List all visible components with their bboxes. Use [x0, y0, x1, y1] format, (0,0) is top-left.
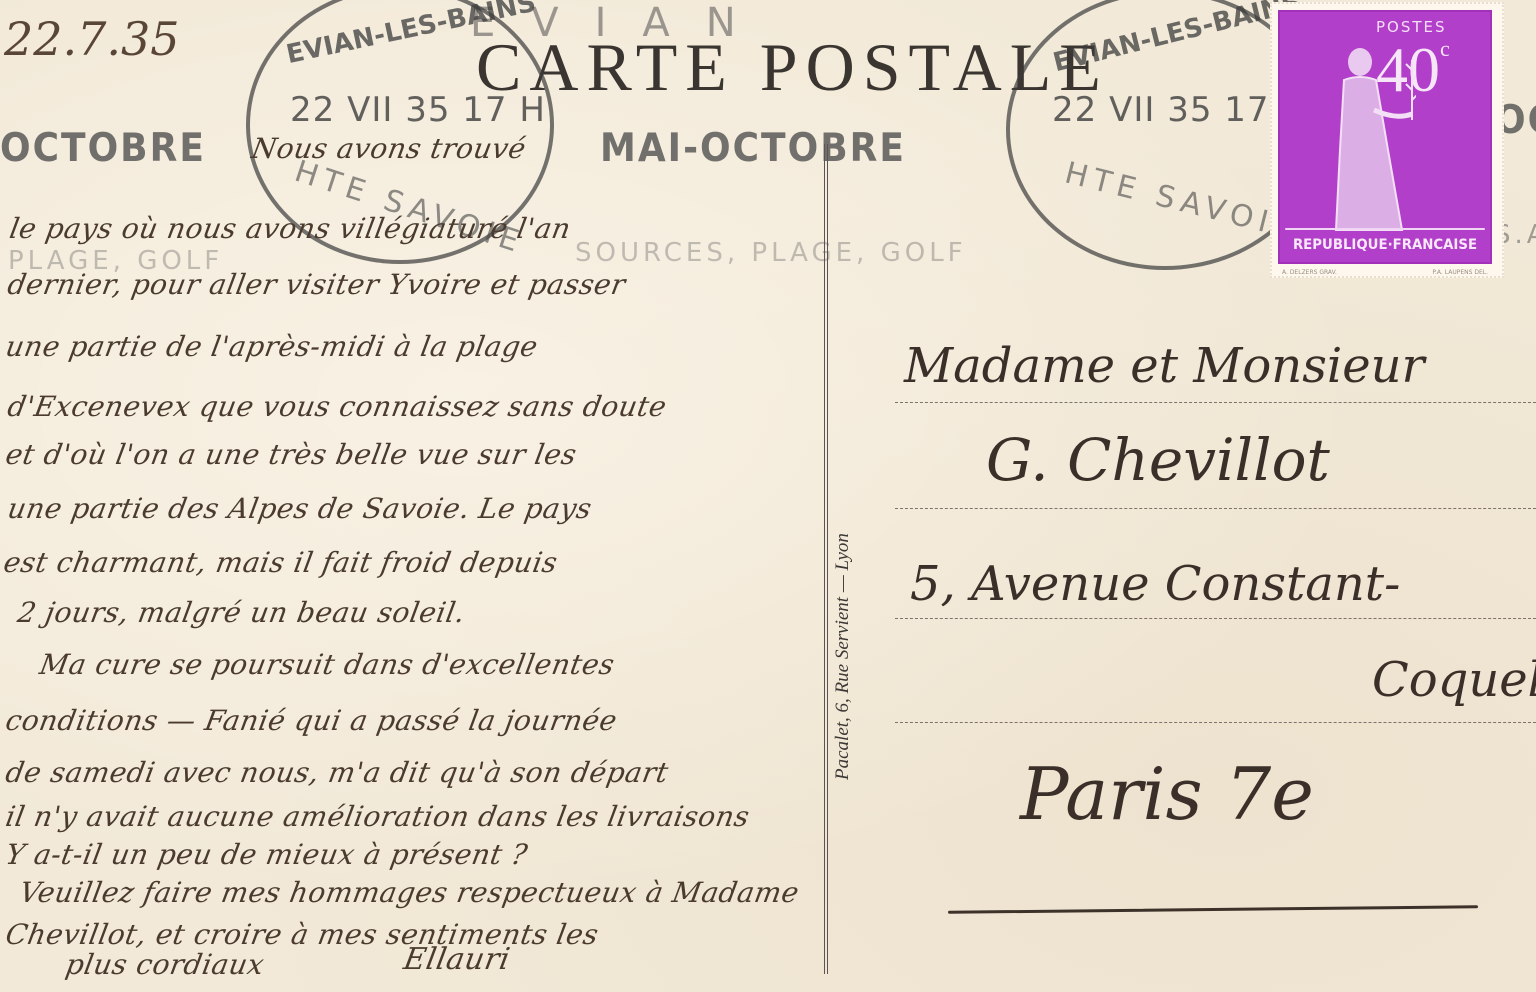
message-line: d'Excenevex que vous connaissez sans dou… — [5, 390, 669, 423]
message-line: de samedi avec nous, m'a dit qu'à son dé… — [3, 756, 671, 789]
stamp-country: REPUBLIQUE·FRANCAISE — [1285, 228, 1485, 262]
address-line-4 — [895, 722, 1536, 723]
recipient-city: Paris 7e — [1020, 752, 1314, 836]
address-line-1 — [895, 402, 1536, 403]
message-line: il n'y avait aucune amélioration dans le… — [3, 800, 752, 833]
recipient-name: G. Chevillot — [986, 426, 1330, 494]
signature: Ellauri — [401, 942, 513, 977]
postmark-dept: HTE SAVOIE — [1061, 156, 1301, 248]
message-line: 2 jours, malgré un beau soleil. — [15, 596, 468, 629]
address-underline — [948, 905, 1478, 914]
message-line: le pays où nous avons villégiaturé l'an — [7, 212, 573, 245]
stamp-designer: P.A. LAUPENS DEL. — [1432, 269, 1488, 276]
address-line-3 — [895, 618, 1536, 619]
message-line: dernier, pour aller visiter Yvoire et pa… — [5, 268, 628, 301]
message-line: plus cordiaux — [63, 948, 267, 981]
message-line: Ma cure se poursuit dans d'excellentes — [37, 648, 617, 681]
handwritten-date: 22.7.35 — [4, 12, 180, 66]
printer-imprint: Pacalet, 6, Rue Servient — Lyon — [832, 80, 862, 780]
address-line-2 — [895, 508, 1536, 509]
message-line: est charmant, mais il fait froid depuis — [1, 546, 560, 579]
recipient-street-cont: Coquelin — [1372, 652, 1536, 708]
postcard-back: EVIAN OCTOBRE MAI-OCTOBRE -MAI-OC PLAGE,… — [0, 0, 1536, 992]
postmark-town: EVIAN-LES-BAINS — [284, 0, 539, 70]
stamp-value-unit: c — [1440, 36, 1450, 61]
message-line: Veuillez faire mes hommages respectueux … — [17, 876, 802, 909]
center-divider — [824, 144, 828, 974]
postmark-town: EVIAN-LES-BAINS — [1050, 0, 1304, 78]
message-line: et d'où l'on a une très belle vue sur le… — [3, 438, 579, 471]
message-line: Nous avons trouvé — [249, 132, 529, 165]
message-line: Y a-t-il un peu de mieux à présent ? — [3, 838, 530, 871]
message-line: une partie de l'après-midi à la plage — [3, 330, 540, 363]
message-line: conditions — Fanié qui a passé la journé… — [3, 704, 620, 737]
stamp-face: POSTES 40c REPUBLIQUE·FRANCAISE — [1278, 10, 1492, 264]
slogan-sub: SOURCES, PLAGE, GOLF — [575, 238, 967, 268]
postmark-date: 22 VII 35 17 H — [290, 90, 546, 130]
stamp-engraver: A. DELZERS GRAV. — [1282, 269, 1337, 276]
recipient-street: 5, Avenue Constant- — [910, 556, 1400, 612]
slogan-months-left: OCTOBRE — [0, 126, 206, 171]
recipient-salutation: Madame et Monsieur — [904, 338, 1424, 394]
postage-stamp: POSTES 40c REPUBLIQUE·FRANCAISE A. DELZE… — [1270, 2, 1504, 278]
message-line: une partie des Alpes de Savoie. Le pays — [5, 492, 594, 525]
paix-figure-icon — [1316, 40, 1416, 240]
